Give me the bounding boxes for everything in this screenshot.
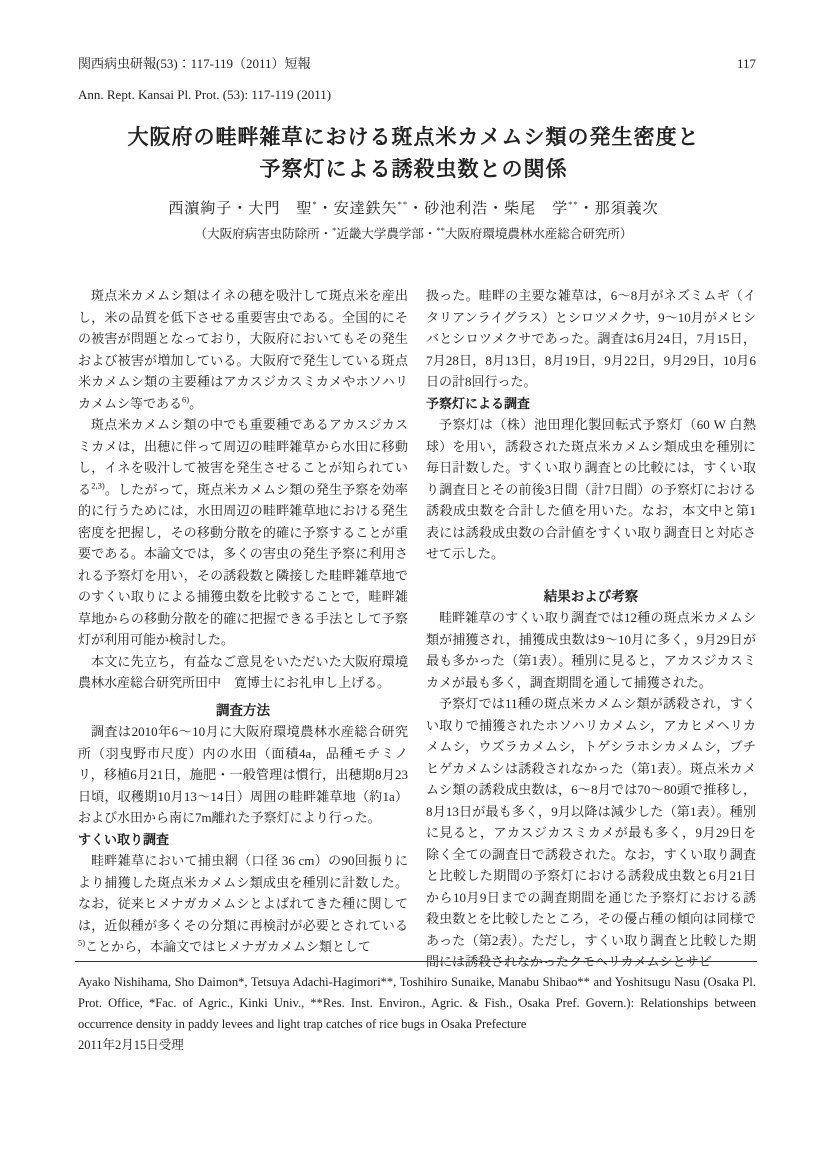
two-column-body: 斑点米カメムシ類はイネの穂を吸汁して斑点米を産出し，米の品質を低下させる重要害虫… [78, 285, 756, 973]
sweep-paragraph-continued: 扱った。畦畔の主要な雑草は，6～8月がネズミムギ（イタリアンライグラス）とシロツ… [426, 285, 756, 393]
running-header: 関西病虫研報(53)：117-119（2011）短報 117 [78, 55, 756, 73]
footnote-block: Ayako Nishihama, Sho Daimon*, Tetsuya Ad… [78, 972, 756, 1056]
section-heading-methods: 調査方法 [78, 700, 408, 722]
affiliation-mark: ** [436, 225, 445, 235]
section-heading-results: 結果および考察 [426, 586, 756, 608]
journal-citation-en: Ann. Rept. Kansai Pl. Prot. (53): 117-11… [78, 86, 678, 104]
text-segment: 。したがって，斑点米カメムシ類の発生予察を効率的に行うためには，水田周辺の畦畔雑… [78, 482, 408, 648]
text-segment: 近畿大学農学部・ [336, 227, 436, 241]
acknowledgement-paragraph: 本文に先立ち，有益なご意見をいただいた大阪府環境農林水産総合研究所田中 寛博士に… [78, 651, 408, 694]
subsection-heading-light-trap: 予察灯による調査 [426, 393, 756, 415]
footnote-english-citation: Ayako Nishihama, Sho Daimon*, Tetsuya Ad… [78, 972, 756, 1035]
reference-mark: 2,3) [91, 480, 104, 490]
text-segment: ・那須義次 [579, 201, 659, 217]
author-affiliation-mark: ** [398, 199, 409, 209]
right-column: 扱った。畦畔の主要な雑草は，6～8月がネズミムギ（イタリアンライグラス）とシロツ… [426, 285, 756, 973]
paper-page: 関西病虫研報(53)：117-119（2011）短報 117 Ann. Rept… [0, 0, 827, 1170]
intro-paragraph-1: 斑点米カメムシ類はイネの穂を吸汁して斑点米を産出し，米の品質を低下させる重要害虫… [78, 285, 408, 414]
methods-paragraph: 調査は2010年6～10月に大阪府環境農林水産総合研究所（羽曳野市尺度）内の水田… [78, 721, 408, 829]
light-trap-paragraph: 予察灯は（株）池田理化製回転式予察灯（60 W 白熱球）を用い，誘殺された斑点米… [426, 414, 756, 565]
text-segment: ・安達鉄矢 [318, 201, 398, 217]
subsection-heading-sweep: すくい取り調査 [78, 829, 408, 851]
text-segment: ・砂池利浩・柴尾 学 [408, 201, 568, 217]
text-segment: 畦畔雑草において捕虫網（口径 36 cm）の90回振りにより捕獲した斑点米カメム… [78, 853, 408, 933]
text-segment: 斑点米カメムシ類はイネの穂を吸汁して斑点米を産出し，米の品質を低下させる重要害虫… [78, 288, 408, 411]
text-segment: （大阪府病害虫防除所・ [195, 227, 333, 241]
affiliation-line: （大阪府病害虫防除所・*近畿大学農学部・**大阪府環境農林水産総合研究所） [0, 224, 827, 244]
text-segment: 西濵絢子・大門 聖 [168, 201, 312, 217]
sweep-paragraph: 畦畔雑草において捕虫網（口径 36 cm）の90回振りにより捕獲した斑点米カメム… [78, 850, 408, 958]
text-segment: ことから，本論文ではヒメナガカメムシ類として [85, 939, 371, 954]
article-title-line-2: 予察灯による誘殺虫数との関係 [0, 153, 827, 185]
text-segment: 大阪府環境農林水産総合研究所） [445, 227, 633, 241]
results-paragraph-2: 予察灯では11種の斑点米カメムシ類が誘殺され，すくい取りで捕獲されたホソハリカメ… [426, 693, 756, 973]
footnote-divider [75, 961, 757, 962]
footnote-received-date: 2011年2月15日受理 [78, 1035, 756, 1056]
page-number: 117 [737, 55, 756, 73]
results-paragraph-1: 畦畔雑草のすくい取り調査では12種の斑点米カメムシ類が捕獲され，捕獲成虫数は9～… [426, 607, 756, 693]
authors-line: 西濵絢子・大門 聖*・安達鉄矢**・砂池利浩・柴尾 学**・那須義次 [0, 198, 827, 220]
author-affiliation-mark: ** [568, 199, 579, 209]
left-column: 斑点米カメムシ類はイネの穂を吸汁して斑点米を産出し，米の品質を低下させる重要害虫… [78, 285, 408, 973]
journal-citation-jp: 関西病虫研報(53)：117-119（2011）短報 [78, 55, 311, 73]
article-title-line-1: 大阪府の畦畔雑草における斑点米カメムシ類の発生密度と [0, 121, 827, 153]
intro-paragraph-2: 斑点米カメムシ類の中でも重要種であるアカスジカスミカメは，出穂に伴って周辺の畦畔… [78, 414, 408, 651]
text-segment: 。 [189, 396, 202, 411]
article-title: 大阪府の畦畔雑草における斑点米カメムシ類の発生密度と 予察灯による誘殺虫数との関… [0, 121, 827, 185]
